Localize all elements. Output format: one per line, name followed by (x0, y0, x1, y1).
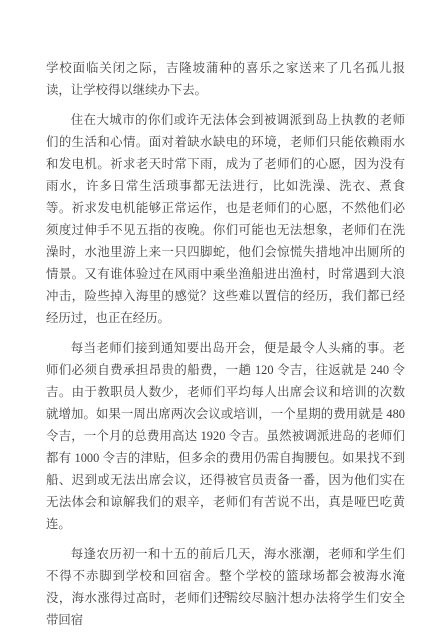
scanned-document-page: { "document": { "paragraphs": [ "学校面临关闭之… (0, 0, 448, 640)
paragraph-2: 住在大城市的你们或许无法体会到被调派到岛上执教的老师们的生活和心情。面对着缺水缺… (46, 109, 405, 329)
paragraph-3: 每当老师们接到通知要出岛开会，便是最令人头痛的事。老师们必须自费承担昂贵的船费，… (46, 337, 405, 535)
text-block: 学校面临关闭之际，吉隆坡蒲种的喜乐之家送来了几名孤儿报读，让学校得以继续办下去。… (46, 57, 405, 639)
page-number: 16 (0, 589, 448, 601)
document-page: 学校面临关闭之际，吉隆坡蒲种的喜乐之家送来了几名孤儿报读，让学校得以继续办下去。… (0, 0, 448, 640)
paragraph-4: 每逢农历初一和十五的前后几天，海水涨潮，老师和学生们不得不赤脚到学校和回宿舍。整… (46, 543, 405, 631)
paragraph-1: 学校面临关闭之际，吉隆坡蒲种的喜乐之家送来了几名孤儿报读，让学校得以继续办下去。 (46, 57, 405, 101)
